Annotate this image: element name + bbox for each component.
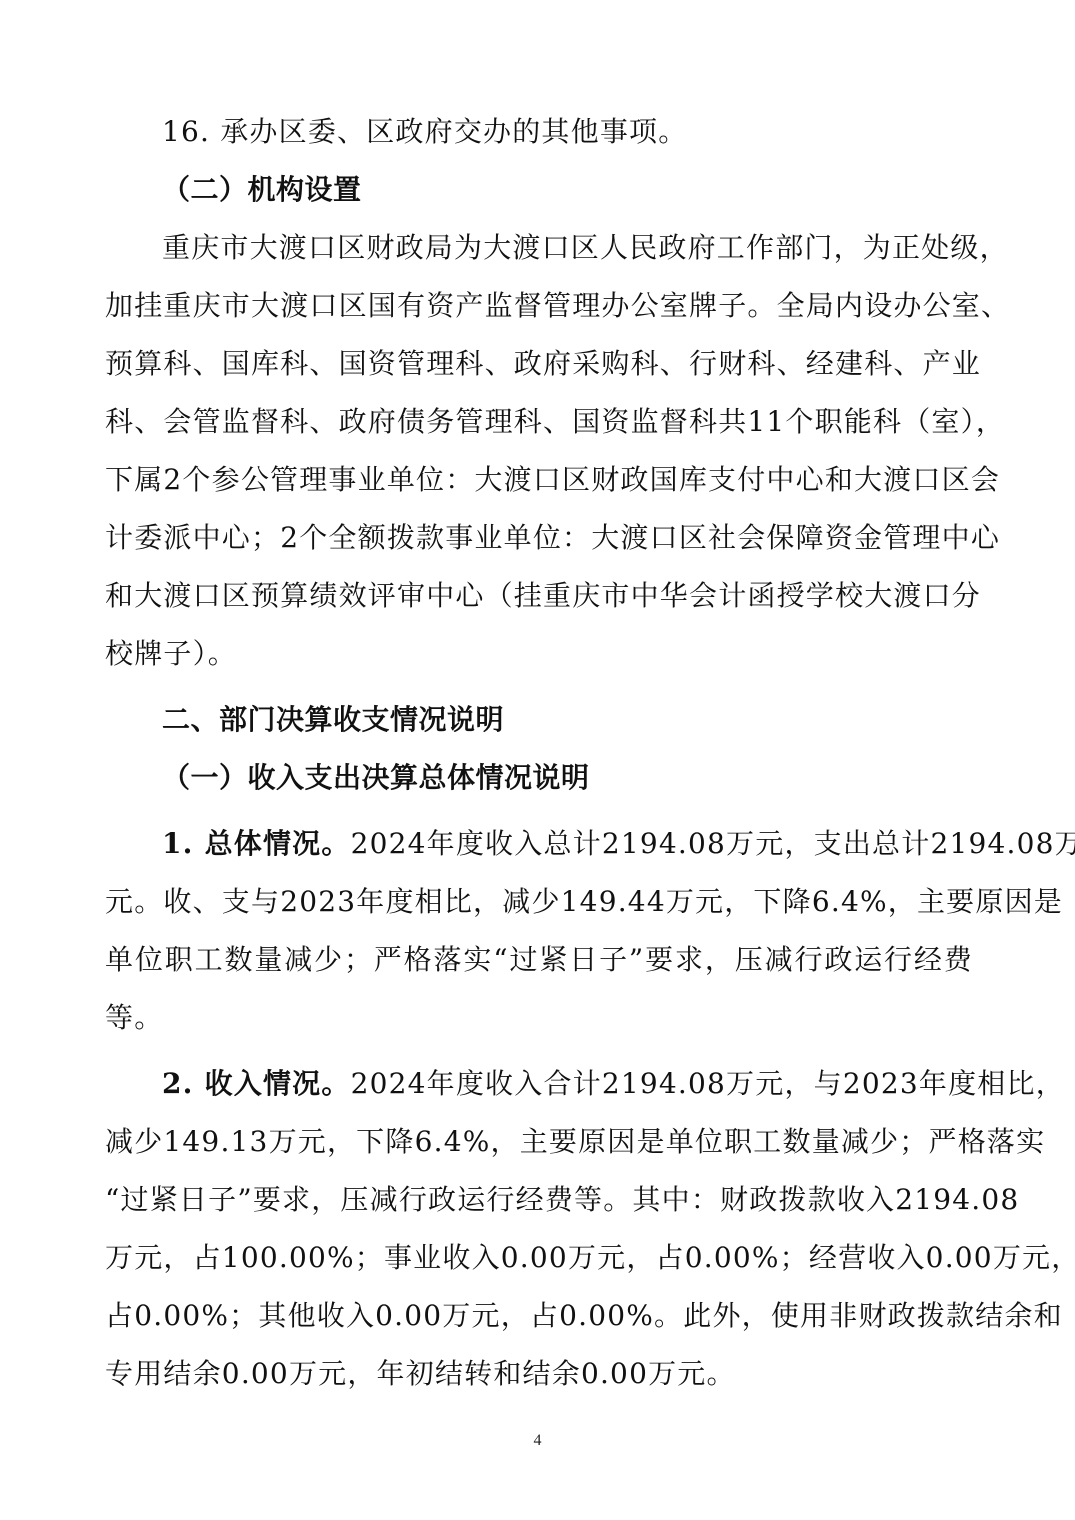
paragraph-label: 2. 收入情况。 [162, 1067, 351, 1100]
paragraph-line: 减少149.13万元，下降6.4%，主要原因是单位职工数量减少；严格落实 [105, 1122, 973, 1162]
paragraph-line: 科、会管监督科、政府债务管理科、国资监督科共11个职能科（室）， [105, 402, 973, 442]
paragraph-line: 和大渡口区预算绩效评审中心（挂重庆市中华会计函授学校大渡口分 [105, 576, 973, 616]
list-item-16: 16. 承办区委、区政府交办的其他事项。 [162, 112, 973, 152]
paragraph-line: 万元，占100.00%；事业收入0.00万元，占0.00%；经营收入0.00万元… [105, 1238, 973, 1278]
paragraph-line: 专用结余0.00万元，年初结转和结余0.00万元。 [105, 1354, 973, 1394]
paragraph-line: 下属2个参公管理事业单位：大渡口区财政国库支付中心和大渡口区会 [105, 460, 973, 500]
paragraph-line: 计委派中心；2个全额拨款事业单位：大渡口区社会保障资金管理中心 [105, 518, 973, 558]
section-heading-org: （二）机构设置 [162, 170, 973, 210]
paragraph-line: 单位职工数量减少；严格落实“过紧日子”要求，压减行政运行经费 [105, 940, 973, 980]
page-number: 4 [0, 1432, 1075, 1450]
paragraph-line: 预算科、国库科、国资管理科、政府采购科、行财科、经建科、产业 [105, 344, 973, 384]
paragraph-line: 元。收、支与2023年度相比，减少149.44万元，下降6.4%，主要原因是 [105, 882, 973, 922]
paragraph-line: “过紧日子”要求，压减行政运行经费等。其中：财政拨款收入2194.08 [105, 1180, 973, 1220]
paragraph-line: 校牌子）。 [105, 634, 973, 674]
paragraph-label: 1. 总体情况。 [162, 827, 351, 860]
paragraph-text: 2024年度收入总计2194.08万元，支出总计2194.08万 [351, 827, 1075, 860]
subsection-heading-overall: （一）收入支出决算总体情况说明 [162, 758, 973, 798]
document-page: 16. 承办区委、区政府交办的其他事项。 （二）机构设置 重庆市大渡口区财政局为… [0, 0, 1075, 1520]
paragraph-line: 占0.00%；其他收入0.00万元，占0.00%。此外，使用非财政拨款结余和 [105, 1296, 973, 1336]
paragraph-text: 2024年度收入合计2194.08万元，与2023年度相比， [351, 1067, 1065, 1100]
paragraph-line: 2. 收入情况。2024年度收入合计2194.08万元，与2023年度相比， [162, 1064, 973, 1104]
section-heading-budget: 二、部门决算收支情况说明 [162, 700, 973, 740]
paragraph-line: 加挂重庆市大渡口区国有资产监督管理办公室牌子。全局内设办公室、 [105, 286, 973, 326]
paragraph-line: 等。 [105, 998, 973, 1038]
paragraph-line: 1. 总体情况。2024年度收入总计2194.08万元，支出总计2194.08万 [162, 824, 973, 864]
paragraph-line: 重庆市大渡口区财政局为大渡口区人民政府工作部门，为正处级， [162, 228, 973, 268]
